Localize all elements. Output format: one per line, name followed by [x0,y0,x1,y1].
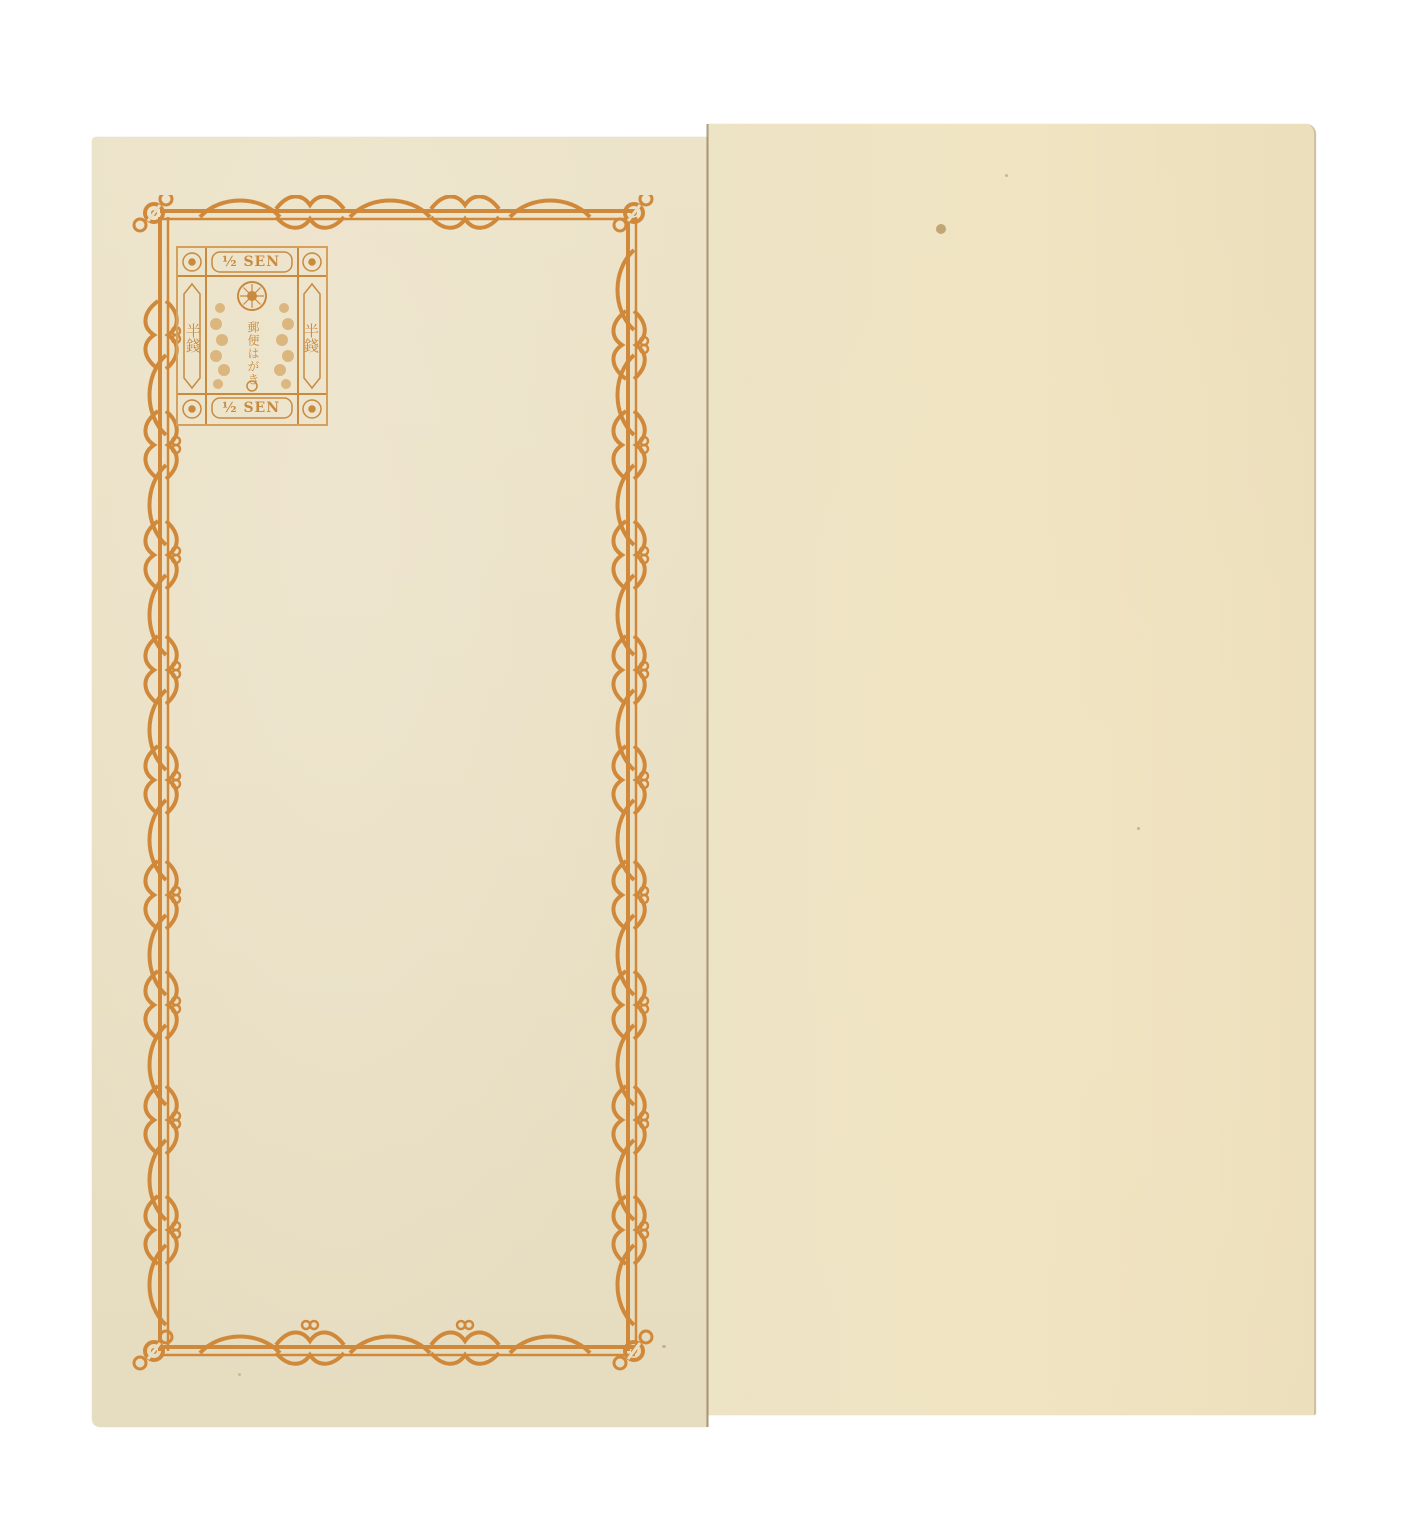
foxing-spot [936,224,946,234]
fold-crease [706,124,709,1427]
foxing-spot [1137,827,1140,830]
stamp-side-label-left: 半錢 [182,288,204,388]
stamp-side-label-right: 半錢 [300,288,322,388]
scan-background: ½ SEN ½ SEN 半錢 半錢 郵便はがき [0,0,1422,1537]
stamp-value-top: ½ SEN [212,251,290,273]
chrysanthemum-crest-icon [238,282,266,310]
stamp-value-bottom: ½ SEN [212,397,290,419]
card-right-panel [708,124,1316,1415]
imprinted-stamp: ½ SEN ½ SEN 半錢 半錢 郵便はがき [176,246,328,426]
stamp-center-inscription: 郵便はがき [242,310,262,396]
foxing-spot [1005,174,1008,177]
